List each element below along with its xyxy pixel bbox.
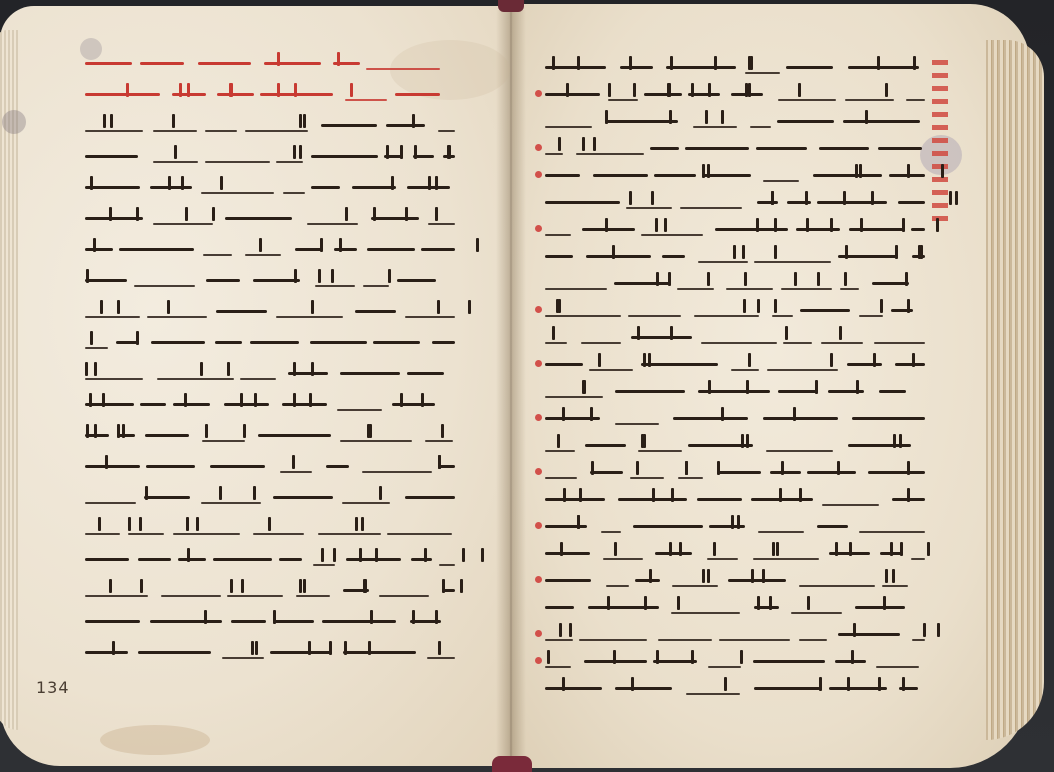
red-marker-icon bbox=[535, 306, 542, 313]
script-line bbox=[545, 106, 925, 133]
script-line bbox=[545, 79, 925, 106]
red-marker-icon bbox=[535, 414, 542, 421]
script-line bbox=[545, 214, 925, 241]
script-line bbox=[545, 592, 925, 619]
script-line bbox=[545, 403, 925, 430]
right-page-edges bbox=[986, 40, 1044, 740]
script-line bbox=[85, 389, 455, 420]
script-line bbox=[85, 637, 455, 668]
script-line bbox=[85, 172, 455, 203]
script-line bbox=[545, 268, 925, 295]
script-line bbox=[545, 484, 925, 511]
red-marker-icon bbox=[535, 144, 542, 151]
script-line bbox=[85, 513, 455, 544]
script-line bbox=[85, 544, 455, 575]
script-line bbox=[85, 482, 455, 513]
script-line bbox=[85, 451, 455, 482]
script-line bbox=[545, 295, 925, 322]
script-line bbox=[545, 646, 925, 673]
left-text-block bbox=[85, 48, 455, 668]
red-marker-icon bbox=[535, 630, 542, 637]
red-marker-icon bbox=[535, 360, 542, 367]
script-line bbox=[545, 430, 925, 457]
script-line bbox=[545, 160, 925, 187]
red-marker-icon bbox=[535, 468, 542, 475]
script-line bbox=[85, 358, 455, 389]
script-line bbox=[85, 234, 455, 265]
script-line bbox=[545, 322, 925, 349]
script-line bbox=[85, 203, 455, 234]
script-line bbox=[545, 133, 925, 160]
script-line bbox=[85, 79, 455, 110]
red-marker-icon bbox=[535, 171, 542, 178]
script-line bbox=[85, 265, 455, 296]
script-line bbox=[545, 673, 925, 700]
script-line bbox=[545, 52, 925, 79]
script-line bbox=[85, 141, 455, 172]
margin-rubric bbox=[932, 60, 948, 222]
script-line bbox=[85, 327, 455, 358]
red-marker-icon bbox=[535, 225, 542, 232]
red-marker-icon bbox=[535, 576, 542, 583]
binding-bottom bbox=[492, 756, 532, 772]
script-line bbox=[85, 606, 455, 637]
stain bbox=[100, 725, 210, 755]
book-gutter bbox=[496, 10, 526, 760]
script-line bbox=[85, 48, 455, 79]
script-line bbox=[545, 349, 925, 376]
script-line bbox=[545, 241, 925, 268]
script-line bbox=[85, 575, 455, 606]
binding-top bbox=[498, 0, 524, 12]
script-line bbox=[545, 619, 925, 646]
stain bbox=[2, 110, 26, 134]
red-marker-icon bbox=[535, 90, 542, 97]
script-line bbox=[85, 420, 455, 451]
left-page-edges bbox=[0, 30, 18, 730]
folio-number: 134 bbox=[36, 678, 70, 697]
script-line bbox=[545, 457, 925, 484]
script-line bbox=[85, 110, 455, 141]
right-text-block bbox=[545, 52, 925, 700]
script-line bbox=[545, 565, 925, 592]
red-marker-icon bbox=[535, 522, 542, 529]
script-line bbox=[545, 376, 925, 403]
script-line bbox=[85, 296, 455, 327]
faded-library-stamp bbox=[305, 678, 465, 722]
red-marker-icon bbox=[535, 657, 542, 664]
script-line bbox=[545, 511, 925, 538]
script-line bbox=[545, 187, 925, 214]
script-line bbox=[545, 538, 925, 565]
